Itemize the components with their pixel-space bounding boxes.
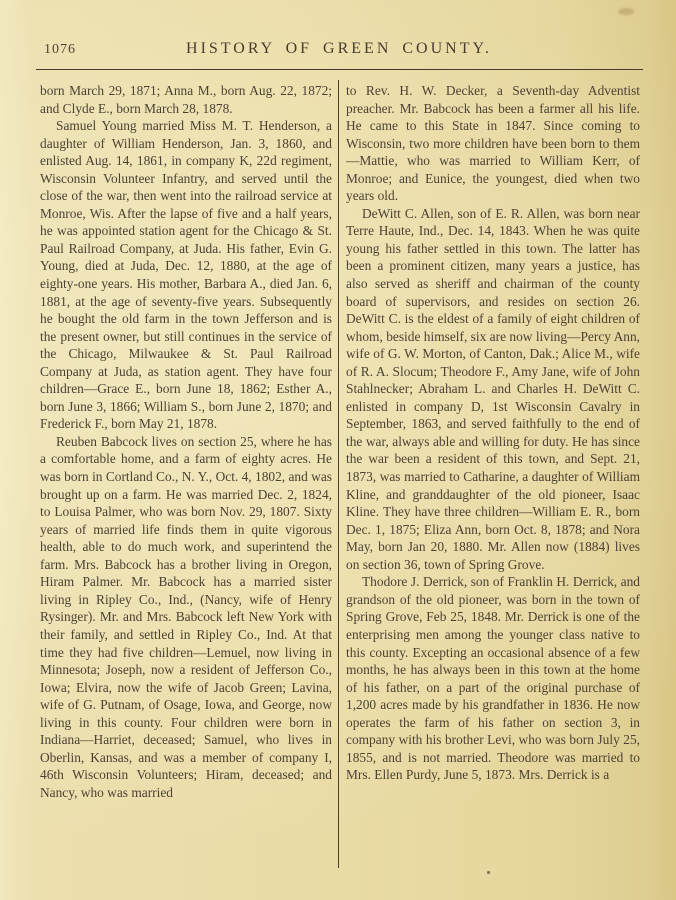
left-column: born March 29, 1871; Anna M., born Aug. … — [40, 82, 332, 874]
paragraph: DeWitt C. Allen, son of E. R. Allen, was… — [346, 205, 640, 573]
right-column: to Rev. H. W. Decker, a Seventh-day Adve… — [346, 82, 640, 874]
scan-dot-mark — [487, 871, 490, 874]
paragraph: Thodore J. Derrick, son of Franklin H. D… — [346, 573, 640, 784]
paragraph: born March 29, 1871; Anna M., born Aug. … — [40, 82, 332, 117]
page-header: 1076 HISTORY OF GREEN COUNTY. — [36, 40, 642, 62]
column-divider-rule — [338, 80, 339, 868]
page-title: HISTORY OF GREEN COUNTY. — [36, 40, 642, 58]
paragraph: Reuben Babcock lives on section 25, wher… — [40, 433, 332, 801]
paragraph: to Rev. H. W. Decker, a Seventh-day Adve… — [346, 82, 640, 205]
scan-smudge-mark — [618, 8, 634, 15]
paragraph: Samuel Young married Miss M. T. Henderso… — [40, 117, 332, 433]
header-rule — [36, 69, 643, 70]
text-columns: born March 29, 1871; Anna M., born Aug. … — [40, 80, 640, 876]
book-page: 1076 HISTORY OF GREEN COUNTY. born March… — [0, 0, 676, 900]
